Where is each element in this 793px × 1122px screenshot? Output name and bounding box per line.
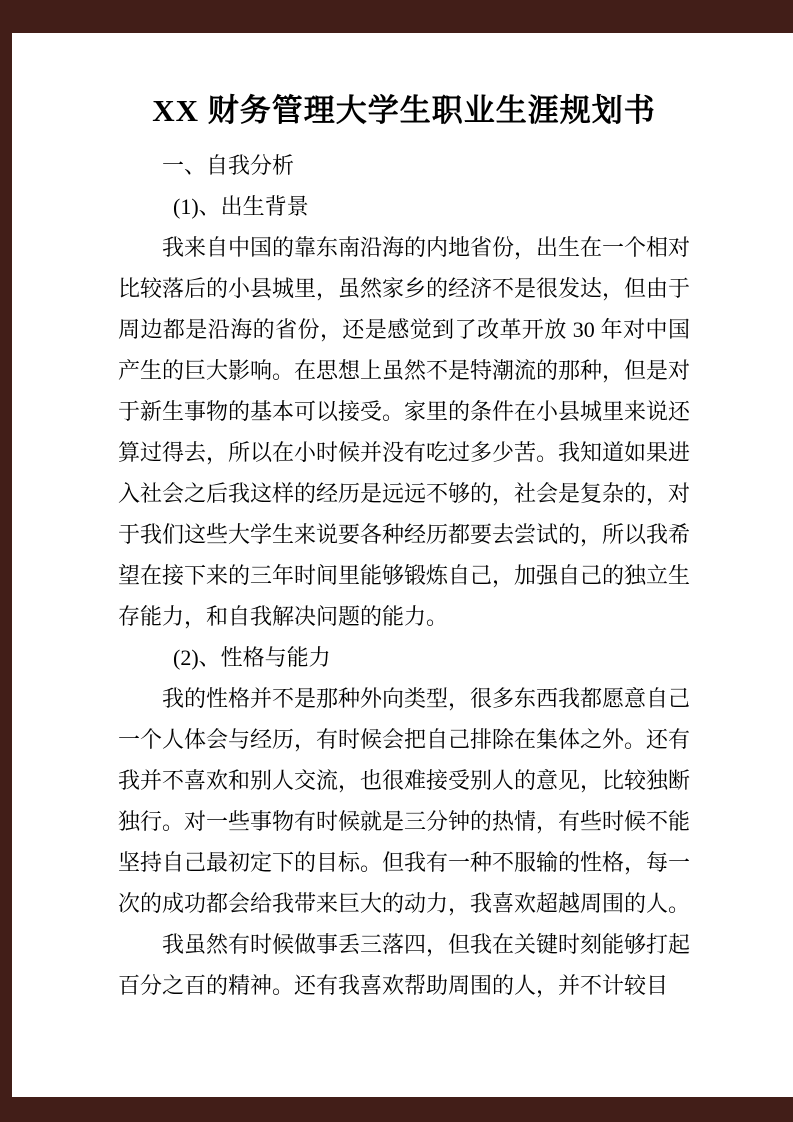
section-heading-self-analysis: 一、自我分析 — [118, 145, 690, 186]
paragraph-personality-continued: 我虽然有时候做事丢三落四，但我在关键时刻能够打起百分之百的精神。还有我喜欢帮助周… — [118, 924, 690, 1006]
subsection-heading-birth-background: (1)、出生背景 — [118, 186, 690, 227]
document-body: XX 财务管理大学生职业生涯规划书 一、自我分析 (1)、出生背景 我来自中国的… — [118, 0, 690, 1006]
page-border-bottom — [0, 1097, 793, 1122]
document-title: XX 财务管理大学生职业生涯规划书 — [118, 88, 690, 133]
page-border-left — [0, 0, 12, 1122]
paragraph-personality: 我的性格并不是那种外向类型，很多东西我都愿意自己一个人体会与经历，有时候会把自己… — [118, 678, 690, 924]
paragraph-birth-background: 我来自中国的靠东南沿海的内地省份，出生在一个相对比较落后的小县城里，虽然家乡的经… — [118, 227, 690, 637]
subsection-heading-personality-ability: (2)、性格与能力 — [118, 637, 690, 678]
document-page: { "page": { "background_color": "#ffffff… — [0, 0, 793, 1122]
